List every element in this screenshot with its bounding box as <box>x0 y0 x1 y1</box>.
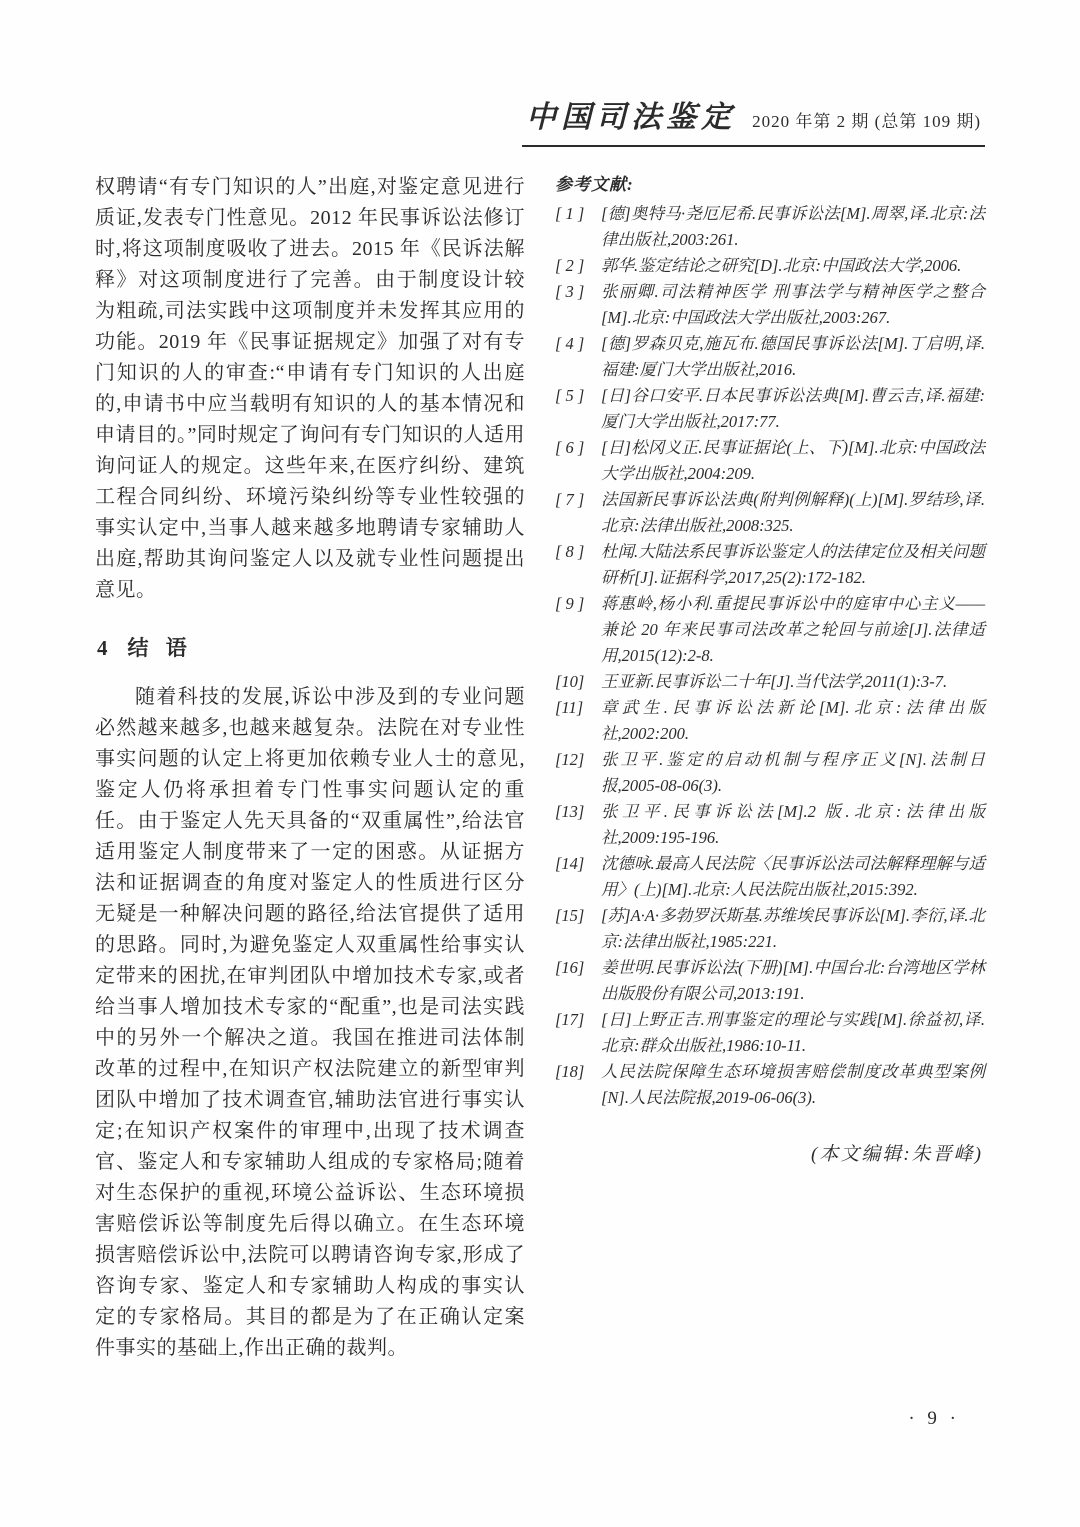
reference-text: 沈德咏.最高人民法院〈民事诉讼法司法解释理解与适用〉(上)[M].北京:人民法院… <box>601 851 985 903</box>
reference-item: [ 9 ] 蒋惠岭,杨小利.重提民事诉讼中的庭审中心主义——兼论 20 年来民事… <box>555 591 985 669</box>
continuation-paragraph: 权聘请“有专门知识的人”出庭,对鉴定意见进行质证,发表专门性意见。2012 年民… <box>95 172 525 606</box>
reference-label: [16] <box>555 955 601 1007</box>
reference-text: 人民法院保障生态环境损害赔偿制度改革典型案例[N].人民法院报,2019-06-… <box>601 1059 985 1111</box>
reference-label: [14] <box>555 851 601 903</box>
reference-item: [ 8 ] 杜闻.大陆法系民事诉讼鉴定人的法律定位及相关问题研析[J].证据科学… <box>555 539 985 591</box>
reference-label: [10] <box>555 669 601 695</box>
reference-label: [11] <box>555 695 601 747</box>
reference-text: 蒋惠岭,杨小利.重提民事诉讼中的庭审中心主义——兼论 20 年来民事司法改革之轮… <box>601 591 985 669</box>
reference-item: [16] 姜世明.民事诉讼法(下册)[M].中国台北:台湾地区学林出版股份有限公… <box>555 955 985 1007</box>
conclusion-paragraph: 随着科技的发展,诉讼中涉及到的专业问题必然越来越多,也越来越复杂。法院在对专业性… <box>95 682 525 1364</box>
journal-page: 中国司法鉴定 2020 年第 2 期 (总第 109 期) 权聘请“有专门知识的… <box>0 0 1080 1527</box>
references-heading: 参考文献: <box>555 172 985 198</box>
reference-text: 杜闻.大陆法系民事诉讼鉴定人的法律定位及相关问题研析[J].证据科学,2017,… <box>601 539 985 591</box>
reference-text: [德]奥特马·尧厄尼希.民事诉讼法[M].周翠,译.北京:法律出版社,2003:… <box>601 201 985 253</box>
reference-item: [ 1 ] [德]奥特马·尧厄尼希.民事诉讼法[M].周翠,译.北京:法律出版社… <box>555 201 985 253</box>
reference-label: [15] <box>555 903 601 955</box>
reference-text: [日]松冈义正.民事证据论(上、下)[M].北京:中国政法大学出版社,2004:… <box>601 435 985 487</box>
left-column: 权聘请“有专门知识的人”出庭,对鉴定意见进行质证,发表专门性意见。2012 年民… <box>95 172 525 1364</box>
reference-item: [10] 王亚新.民事诉讼二十年[J].当代法学,2011(1):3-7. <box>555 669 985 695</box>
references-list: [ 1 ] [德]奥特马·尧厄尼希.民事诉讼法[M].周翠,译.北京:法律出版社… <box>555 201 985 1111</box>
reference-item: [18] 人民法院保障生态环境损害赔偿制度改革典型案例[N].人民法院报,201… <box>555 1059 985 1111</box>
reference-item: [15] [苏]A·A·多勃罗沃斯基.苏维埃民事诉讼[M].李衍,译.北京:法律… <box>555 903 985 955</box>
reference-label: [ 5 ] <box>555 383 601 435</box>
reference-text: 张丽卿.司法精神医学 刑事法学与精神医学之整合[M].北京:中国政法大学出版社,… <box>601 279 985 331</box>
reference-item: [ 6 ] [日]松冈义正.民事证据论(上、下)[M].北京:中国政法大学出版社… <box>555 435 985 487</box>
reference-text: 王亚新.民事诉讼二十年[J].当代法学,2011(1):3-7. <box>601 669 985 695</box>
two-column-body: 权聘请“有专门知识的人”出庭,对鉴定意见进行质证,发表专门性意见。2012 年民… <box>95 172 985 1364</box>
reference-label: [ 7 ] <box>555 487 601 539</box>
reference-label: [ 6 ] <box>555 435 601 487</box>
page-number: · 9 · <box>908 1408 960 1430</box>
reference-item: [13] 张卫平.民事诉讼法[M].2 版.北京:法律出版社,2009:195-… <box>555 799 985 851</box>
reference-text: [德]罗森贝克,施瓦布.德国民事诉讼法[M].丁启明,译.福建:厦门大学出版社,… <box>601 331 985 383</box>
reference-item: [ 2 ] 郭华.鉴定结论之研究[D].北京:中国政法大学,2006. <box>555 253 985 279</box>
reference-text: 姜世明.民事诉讼法(下册)[M].中国台北:台湾地区学林出版股份有限公司,201… <box>601 955 985 1007</box>
reference-text: 张卫平.民事诉讼法[M].2 版.北京:法律出版社,2009:195-196. <box>601 799 985 851</box>
reference-text: 法国新民事诉讼法典(附判例解释)(上)[M].罗结珍,译.北京:法律出版社,20… <box>601 487 985 539</box>
reference-label: [12] <box>555 747 601 799</box>
reference-label: [ 3 ] <box>555 279 601 331</box>
reference-text: 章武生.民事诉讼法新论[M].北京:法律出版社,2002:200. <box>601 695 985 747</box>
reference-label: [13] <box>555 799 601 851</box>
reference-label: [ 1 ] <box>555 201 601 253</box>
editor-note: (本文编辑:朱晋峰) <box>555 1139 985 1166</box>
reference-item: [17] [日]上野正吉.刑事鉴定的理论与实践[M].徐益初,译.北京:群众出版… <box>555 1007 985 1059</box>
reference-label: [ 4 ] <box>555 331 601 383</box>
page-header: 中国司法鉴定 2020 年第 2 期 (总第 109 期) <box>522 92 985 147</box>
right-column: 参考文献: [ 1 ] [德]奥特马·尧厄尼希.民事诉讼法[M].周翠,译.北京… <box>555 172 985 1364</box>
section-title: 结 语 <box>128 632 193 662</box>
reference-item: [ 7 ] 法国新民事诉讼法典(附判例解释)(上)[M].罗结珍,译.北京:法律… <box>555 487 985 539</box>
reference-label: [18] <box>555 1059 601 1111</box>
reference-item: [ 3 ] 张丽卿.司法精神医学 刑事法学与精神医学之整合[M].北京:中国政法… <box>555 279 985 331</box>
reference-item: [ 4 ] [德]罗森贝克,施瓦布.德国民事诉讼法[M].丁启明,译.福建:厦门… <box>555 331 985 383</box>
reference-label: [ 9 ] <box>555 591 601 669</box>
section-heading: 4 结 语 <box>97 632 525 662</box>
reference-label: [17] <box>555 1007 601 1059</box>
issue-info: 2020 年第 2 期 (总第 109 期) <box>752 107 981 132</box>
reference-text: [苏]A·A·多勃罗沃斯基.苏维埃民事诉讼[M].李衍,译.北京:法律出版社,1… <box>601 903 985 955</box>
reference-item: [12] 张卫平.鉴定的启动机制与程序正义[N].法制日报,2005-08-06… <box>555 747 985 799</box>
reference-text: 郭华.鉴定结论之研究[D].北京:中国政法大学,2006. <box>601 253 985 279</box>
journal-title: 中国司法鉴定 <box>526 92 736 136</box>
reference-item: [14] 沈德咏.最高人民法院〈民事诉讼法司法解释理解与适用〉(上)[M].北京… <box>555 851 985 903</box>
reference-text: 张卫平.鉴定的启动机制与程序正义[N].法制日报,2005-08-06(3). <box>601 747 985 799</box>
reference-label: [ 8 ] <box>555 539 601 591</box>
reference-text: [日]上野正吉.刑事鉴定的理论与实践[M].徐益初,译.北京:群众出版社,198… <box>601 1007 985 1059</box>
section-number: 4 <box>97 636 108 661</box>
reference-item: [11] 章武生.民事诉讼法新论[M].北京:法律出版社,2002:200. <box>555 695 985 747</box>
reference-label: [ 2 ] <box>555 253 601 279</box>
reference-item: [ 5 ] [日]谷口安平.日本民事诉讼法典[M].曹云吉,译.福建:厦门大学出… <box>555 383 985 435</box>
reference-text: [日]谷口安平.日本民事诉讼法典[M].曹云吉,译.福建:厦门大学出版社,201… <box>601 383 985 435</box>
